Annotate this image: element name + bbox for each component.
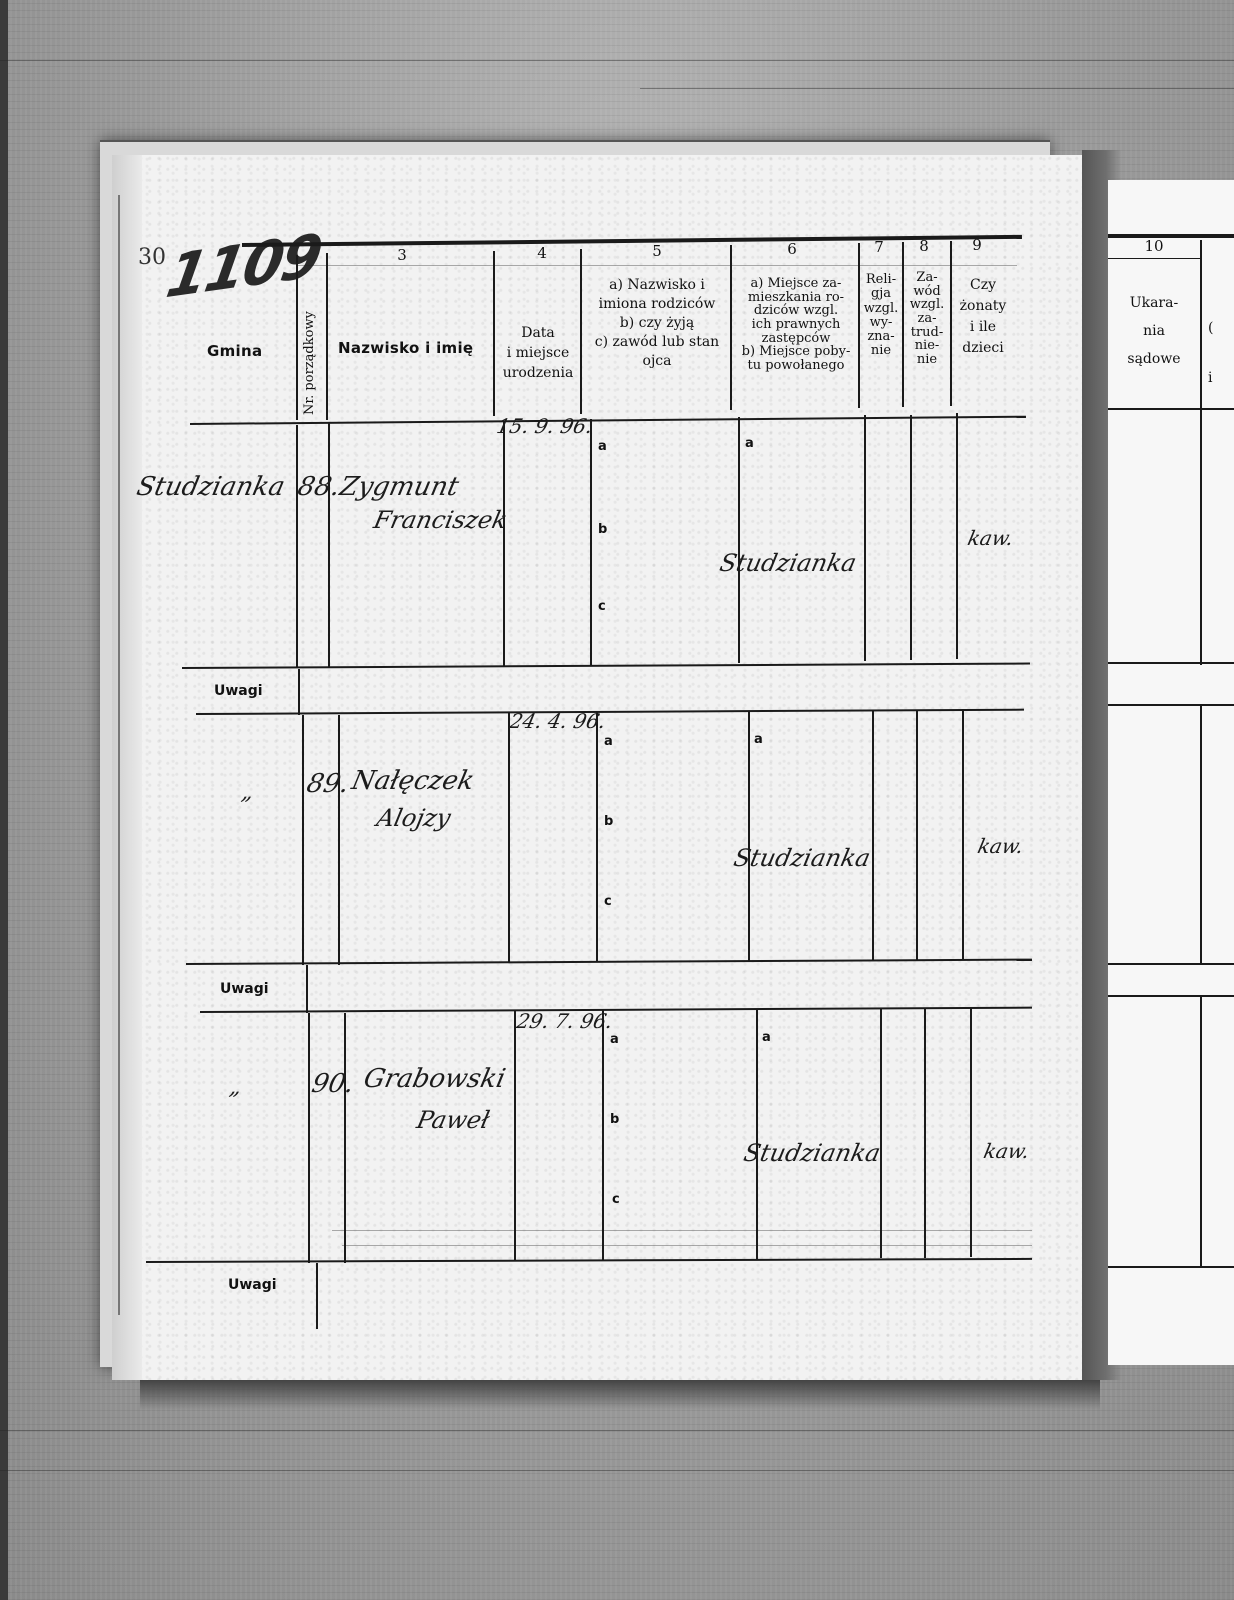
remarks-field (327, 1273, 1027, 1297)
row-rule (186, 959, 1032, 965)
header-line: Reli- (860, 273, 902, 287)
sub-label-a: a (604, 735, 613, 750)
faint-rule (342, 1245, 1032, 1246)
column-divider (508, 713, 510, 963)
entry-given-name: Paweł (414, 1107, 492, 1135)
sub-label-c: c (612, 1193, 620, 1208)
entry-surname: Zygmunt (337, 473, 461, 503)
remarks-label: Uwagi (228, 1277, 277, 1293)
column-divider (503, 421, 505, 666)
column-header-religion: Reli- gja wzgl. wy- zna- nie (860, 273, 902, 359)
column-header-parents: a) Nazwisko i imiona rodziców b) czy żyj… (582, 277, 732, 369)
sub-label-a: a (762, 1031, 771, 1046)
column-divider (1200, 706, 1202, 964)
header-line: b) Miejsce poby- (732, 345, 860, 359)
column-divider (956, 413, 958, 659)
column-divider (910, 415, 912, 660)
header-line: żonaty (952, 298, 1014, 314)
entry-residence: Studzianka (741, 1140, 883, 1168)
entry-given-name: Franciszek (371, 507, 510, 535)
entry-marital-status: kaw. (966, 527, 1016, 550)
header-line: za- (904, 312, 950, 326)
column-header-occupation: Za- wód wzgl. za- trud- nie- nie (904, 271, 950, 366)
header-line: zastępców (732, 332, 860, 346)
entry-gmina: „ (239, 780, 256, 805)
column-number-4: 4 (522, 245, 562, 262)
row-rule (1108, 662, 1234, 664)
column-divider (962, 709, 964, 959)
column-divider (302, 715, 304, 965)
header-bottom-rule (1108, 408, 1234, 410)
entry-marital-status: kaw. (976, 835, 1026, 858)
header-line: zna- (860, 330, 902, 344)
column-number-6: 6 (772, 241, 812, 258)
cut-off-text: ( (1208, 320, 1213, 336)
scan-artifact-line (0, 1470, 1234, 1471)
entry-surname: Grabowski (361, 1065, 508, 1095)
column-divider (338, 715, 340, 965)
remarks-label: Uwagi (220, 981, 269, 997)
column-divider (738, 417, 740, 663)
adjacent-page: 10 Ukara- nia sądowe ( i (1108, 180, 1234, 1365)
sub-label-b: b (604, 815, 613, 830)
header-line: i ile (952, 319, 1014, 335)
row-rule (1108, 995, 1234, 997)
header-line: Ukara- (1108, 295, 1200, 311)
column-divider (316, 1263, 318, 1329)
remarks-field (307, 680, 1007, 704)
row-rule (1108, 963, 1234, 965)
column-header-birth: Data i miejsce urodzenia (495, 325, 581, 381)
page-margin (112, 155, 142, 1380)
scan-edge (0, 0, 8, 1600)
column-header-10: Ukara- nia sądowe (1108, 295, 1200, 367)
sub-label-a: a (598, 440, 607, 455)
header-line: mieszkania ro- (732, 291, 860, 305)
entry-residence: Studzianka (717, 550, 859, 578)
row-rule (196, 709, 1024, 715)
header-bottom-rule (190, 416, 1026, 425)
sub-label-b: b (598, 523, 607, 538)
column-divider (1200, 410, 1202, 665)
column-divider (590, 419, 592, 665)
header-line: sądowe (1108, 351, 1200, 367)
row-rule (1108, 704, 1234, 706)
row-rule (182, 663, 1030, 669)
column-divider (924, 1008, 926, 1258)
entry-marital-status: kaw. (982, 1140, 1032, 1163)
entry-number: 90. (309, 1070, 357, 1100)
column-divider (880, 1008, 882, 1258)
column-divider (970, 1007, 972, 1257)
column-number-8: 8 (909, 238, 939, 255)
header-line: wzgl. (860, 302, 902, 316)
header-line: c) zawód lub stan (582, 334, 732, 350)
header-line: nie (860, 344, 902, 358)
entry-number: 88. (295, 473, 343, 503)
column-divider (748, 711, 750, 961)
scan-artifact-line (0, 60, 1234, 61)
header-line: b) czy żyją (582, 315, 732, 331)
column-divider (308, 1013, 310, 1263)
column-divider (296, 255, 298, 420)
header-line: Data (495, 325, 581, 341)
entry-gmina: Studzianka (134, 473, 288, 503)
sub-label-c: c (604, 895, 612, 910)
column-header-residence: a) Miejsce za- mieszkania ro- dziców wzg… (732, 277, 860, 372)
header-line: wzgl. (904, 298, 950, 312)
page-margin-line (118, 195, 120, 1315)
sub-label-c: c (598, 600, 606, 615)
column-divider (326, 253, 328, 420)
remarks-label: Uwagi (214, 683, 263, 699)
column-number-rule (297, 265, 1017, 266)
row-rule (1108, 1266, 1234, 1268)
column-number-5: 5 (637, 243, 677, 260)
entry-residence: Studzianka (731, 845, 873, 873)
column-divider (514, 1011, 516, 1261)
header-line: ojca (582, 353, 732, 369)
column-header-name: Nazwisko i imię (338, 340, 473, 357)
entry-given-name: Alojzy (374, 805, 453, 833)
entry-birth-date: 15. 9. 96. (495, 415, 595, 438)
column-header-nr: Nr. porządkowy (302, 275, 317, 415)
row-rule (200, 1007, 1032, 1013)
header-line: wy- (860, 316, 902, 330)
column-divider (306, 965, 308, 1013)
column-divider (296, 425, 298, 667)
entry-birth-date: 24. 4. 96. (508, 710, 608, 733)
column-divider (602, 1010, 604, 1260)
header-line: gja (860, 287, 902, 301)
column-divider (916, 710, 918, 960)
remarks-field (317, 977, 1017, 1001)
column-divider (328, 423, 330, 668)
header-line: ich prawnych (732, 318, 860, 332)
column-divider (872, 710, 874, 960)
column-divider (298, 669, 300, 715)
page-shadow (140, 1380, 1100, 1410)
column-number-3: 3 (382, 247, 422, 264)
entry-gmina: „ (227, 1075, 244, 1100)
column-header-gmina: Gmina (207, 343, 262, 360)
scan-artifact-line (0, 1430, 1234, 1431)
header-line: a) Nazwisko i (582, 277, 732, 293)
column-divider (756, 1009, 758, 1259)
faint-rule (332, 1230, 1032, 1231)
header-line: trud- (904, 326, 950, 340)
sheet-number-small: 30 (138, 245, 166, 270)
column-number-9: 9 (957, 237, 997, 254)
entry-number: 89. (304, 770, 352, 800)
header-line: Czy (952, 277, 1014, 293)
sub-label-a: a (754, 733, 763, 748)
header-line: wód (904, 285, 950, 299)
header-line: a) Miejsce za- (732, 277, 860, 291)
register-page: 30 1109 3 4 5 6 7 8 9 Gmina Nr. porządko… (112, 155, 1082, 1380)
column-header-married: Czy żonaty i ile dzieci (952, 277, 1014, 356)
header-line: Za- (904, 271, 950, 285)
column-divider (864, 415, 866, 661)
header-line: nie (904, 353, 950, 367)
header-line: imiona rodziców (582, 296, 732, 312)
entry-surname: Nałęczek (349, 767, 477, 797)
column-number-10: 10 (1108, 238, 1200, 255)
column-divider (1200, 997, 1202, 1267)
entry-birth-date: 29. 7. 96. (515, 1010, 615, 1033)
rule (1108, 258, 1200, 259)
sub-label-a: a (610, 1033, 619, 1048)
header-line: dziców wzgl. (732, 304, 860, 318)
scan-artifact-line (640, 88, 1234, 89)
column-number-7: 7 (864, 239, 894, 256)
header-line: tu powołanego (732, 359, 860, 373)
header-line: i miejsce (495, 345, 581, 361)
header-line: dzieci (952, 340, 1014, 356)
sub-label-a: a (745, 437, 754, 452)
cut-off-text: i (1208, 370, 1212, 386)
row-rule (146, 1258, 1032, 1263)
sub-label-b: b (610, 1113, 619, 1128)
header-line: urodzenia (495, 365, 581, 381)
header-top-rule (242, 235, 1022, 247)
column-divider (344, 1013, 346, 1263)
column-divider (596, 712, 598, 962)
header-line: nia (1108, 323, 1200, 339)
header-line: nie- (904, 339, 950, 353)
